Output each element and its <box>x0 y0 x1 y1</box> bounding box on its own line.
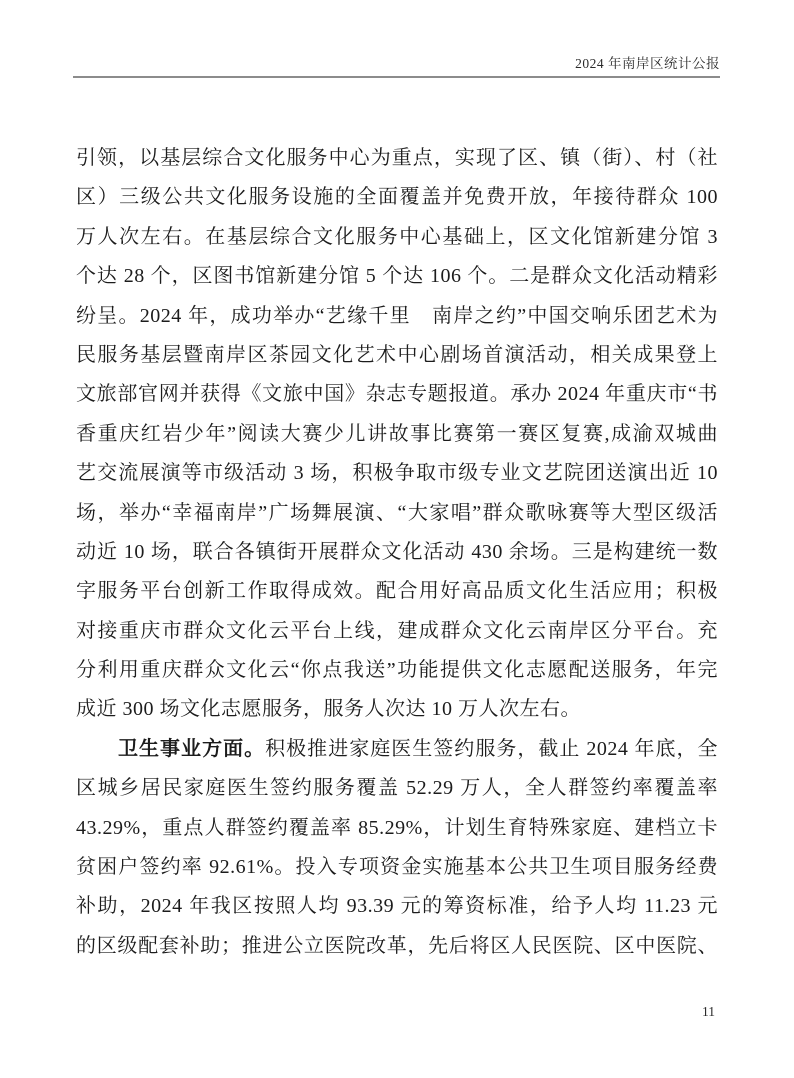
paragraph1-line: 对接重庆市群众文化云平台上线，建成群众文化云南岸区分平台。充 <box>76 612 718 651</box>
paragraph1-line: 香重庆红岩少年”阅读大赛少儿讲故事比赛第一赛区复赛,成渝双城曲 <box>76 415 718 454</box>
paragraph2-line: 补助，2024 年我区按照人均 93.39 元的筹资标准，给予人均 11.23 … <box>76 887 718 926</box>
paragraph1-line: 场，举办“幸福南岸”广场舞展演、“大家唱”群众歌咏赛等大型区级活 <box>76 494 718 533</box>
paragraph1-line: 分利用重庆群众文化云“你点我送”功能提供文化志愿配送服务，年完 <box>76 651 718 690</box>
paragraph1-line: 区）三级公共文化服务设施的全面覆盖并免费开放，年接待群众 100 <box>76 178 718 217</box>
paragraph1-line: 万人次左右。在基层综合文化服务中心基础上，区文化馆新建分馆 3 <box>76 218 718 257</box>
paragraph1-line: 纷呈。2024 年，成功举办“艺缘千里 南岸之约”中国交响乐团艺术为 <box>76 297 718 336</box>
paragraph2-line: 卫生事业方面。积极推进家庭医生签约服务，截止 2024 年底，全 <box>76 730 718 769</box>
paragraph2-lead-text: 积极推进家庭医生签约服务，截止 2024 年底，全 <box>265 738 718 760</box>
page-number: 11 <box>0 1004 715 1020</box>
paragraph1-line: 艺交流展演等市级活动 3 场，积极争取市级专业文艺院团送演出近 10 <box>76 454 718 493</box>
paragraph2-line: 43.29%，重点人群签约覆盖率 85.29%，计划生育特殊家庭、建档立卡 <box>76 809 718 848</box>
paragraph1-line: 动近 10 场，联合各镇街开展群众文化活动 430 余场。三是构建统一数 <box>76 533 718 572</box>
page: 2024 年南岸区统计公报 引领，以基层综合文化服务中心为重点，实现了区、镇（街… <box>0 0 794 1078</box>
paragraph2-line: 的区级配套补助；推进公立医院改革，先后将区人民医院、区中医院、 <box>76 927 718 966</box>
paragraph1-line: 引领，以基层综合文化服务中心为重点，实现了区、镇（街）、村（社 <box>76 139 718 178</box>
paragraph2-lead-bold: 卫生事业方面。 <box>118 738 265 760</box>
paragraph1-line: 个达 28 个，区图书馆新建分馆 5 个达 106 个。二是群众文化活动精彩 <box>76 257 718 296</box>
paragraph1-line: 文旅部官网并获得《文旅中国》杂志专题报道。承办 2024 年重庆市“书 <box>76 375 718 414</box>
paragraph1-line: 成近 300 场文化志愿服务，服务人次达 10 万人次左右。 <box>76 690 718 729</box>
document-body: 引领，以基层综合文化服务中心为重点，实现了区、镇（街）、村（社 区）三级公共文化… <box>76 139 718 966</box>
paragraph1-line: 民服务基层暨南岸区茶园文化艺术中心剧场首演活动，相关成果登上 <box>76 336 718 375</box>
paragraph2-line: 区城乡居民家庭医生签约服务覆盖 52.29 万人，全人群签约率覆盖率 <box>76 769 718 808</box>
page-header-title: 2024 年南岸区统计公报 <box>575 56 720 71</box>
paragraph1-line: 字服务平台创新工作取得成效。配合用好高品质文化生活应用；积极 <box>76 572 718 611</box>
paragraph2-line: 贫困户签约率 92.61%。投入专项资金实施基本公共卫生项目服务经费 <box>76 848 718 887</box>
page-header: 2024 年南岸区统计公报 <box>73 55 720 78</box>
